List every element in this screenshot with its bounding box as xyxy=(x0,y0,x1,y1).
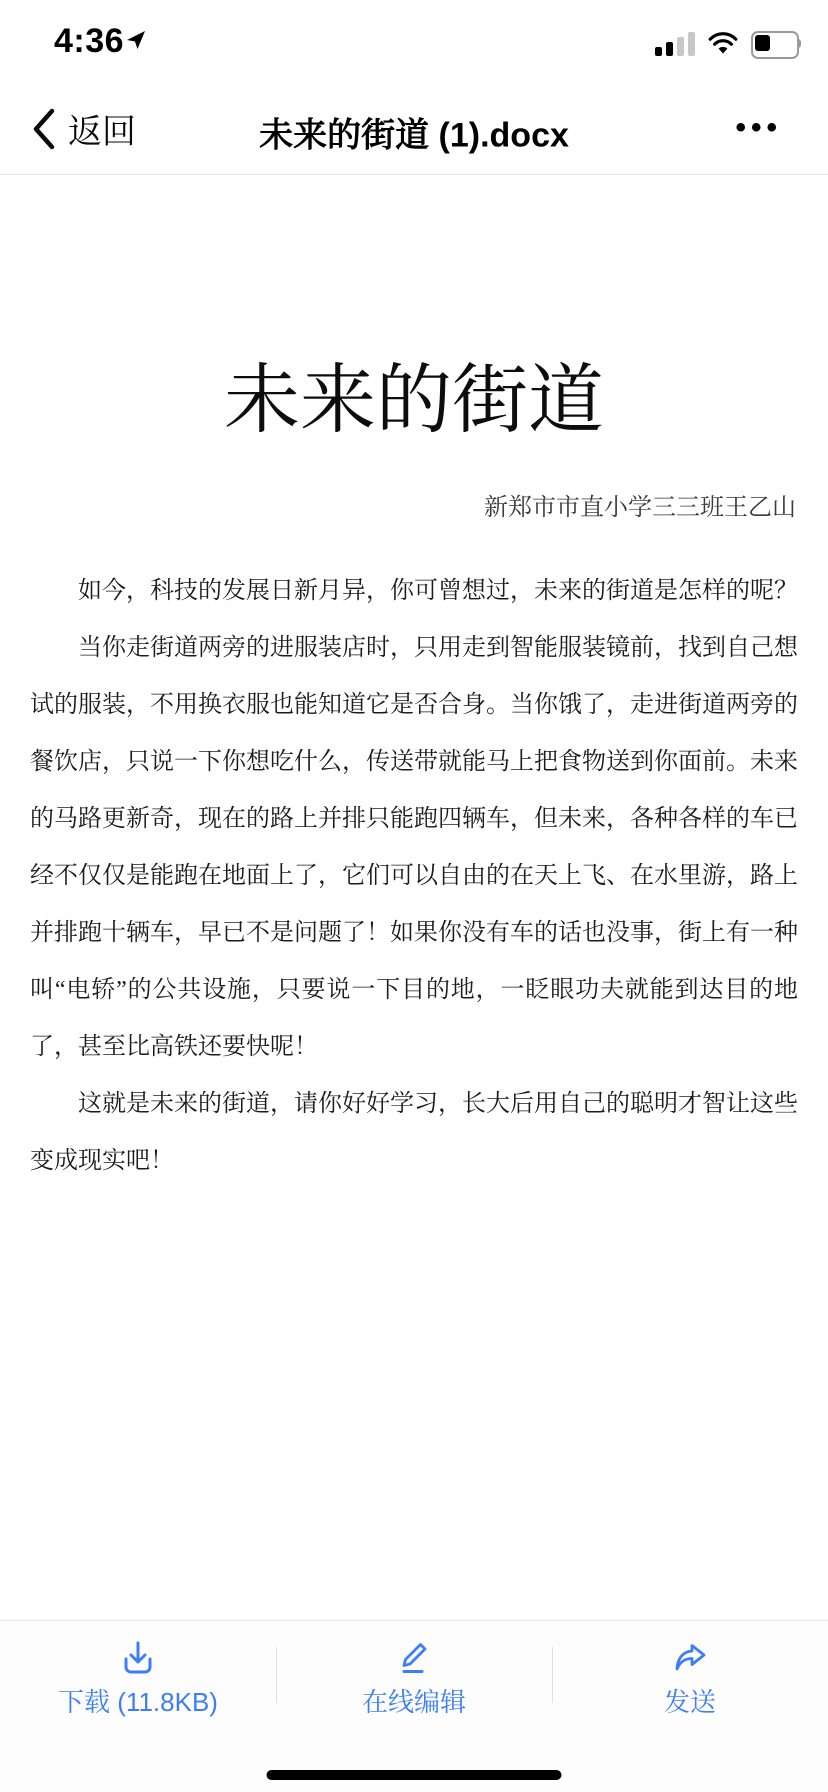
location-arrow-icon xyxy=(124,28,148,52)
back-button-label: 返回 xyxy=(68,104,136,153)
status-bar: 4:36 xyxy=(0,0,828,90)
document-preview: 未来的街道 新郑市市直小学三三班王乙山 如今，科技的发展日新月异，你可曾想过，未… xyxy=(0,175,828,1620)
edit-pencil-icon xyxy=(395,1639,433,1677)
wifi-icon xyxy=(707,32,739,56)
send-button[interactable]: 发送 xyxy=(552,1621,828,1731)
paragraph: 当你走街道两旁的进服装店时，只用走到智能服装镜前，找到自己想试的服装，不用换衣服… xyxy=(30,620,798,1076)
download-icon xyxy=(119,1639,157,1677)
toolbar-separator xyxy=(276,1647,277,1703)
clock: 4:36 xyxy=(54,22,124,61)
home-indicator[interactable] xyxy=(267,1770,562,1780)
back-button[interactable]: 返回 xyxy=(30,104,136,153)
download-button[interactable]: 下载 (11.8KB) xyxy=(0,1621,276,1731)
cellular-signal-icon xyxy=(655,32,695,56)
ellipsis-icon: ••• xyxy=(735,111,782,144)
more-options-button[interactable]: ••• xyxy=(735,98,782,158)
document-filename-title: 未来的街道 (1).docx xyxy=(259,108,569,157)
send-button-label: 发送 xyxy=(664,1687,716,1717)
document-byline: 新郑市市直小学三三班王乙山 xyxy=(30,491,796,525)
online-edit-button[interactable]: 在线编辑 xyxy=(276,1621,552,1731)
online-edit-button-label: 在线编辑 xyxy=(362,1687,466,1717)
toolbar-separator xyxy=(552,1647,553,1703)
download-button-label: 下载 (11.8KB) xyxy=(58,1687,218,1717)
bottom-toolbar: 下载 (11.8KB) 在线编辑 发送 xyxy=(0,1620,828,1792)
document-body: 如今，科技的发展日新月异，你可曾想过，未来的街道是怎样的呢？ 当你走街道两旁的进… xyxy=(30,563,798,1190)
battery-icon xyxy=(751,31,803,57)
back-chevron-icon xyxy=(30,107,56,151)
paragraph: 这就是未来的街道，请你好好学习，长大后用自己的聪明才智让这些变成现实吧！ xyxy=(30,1076,798,1190)
document-title: 未来的街道 xyxy=(30,337,798,465)
paragraph: 如今，科技的发展日新月异，你可曾想过，未来的街道是怎样的呢？ xyxy=(30,563,798,620)
nav-bar: 返回 未来的街道 (1).docx ••• xyxy=(0,90,828,175)
send-share-icon xyxy=(671,1639,709,1677)
